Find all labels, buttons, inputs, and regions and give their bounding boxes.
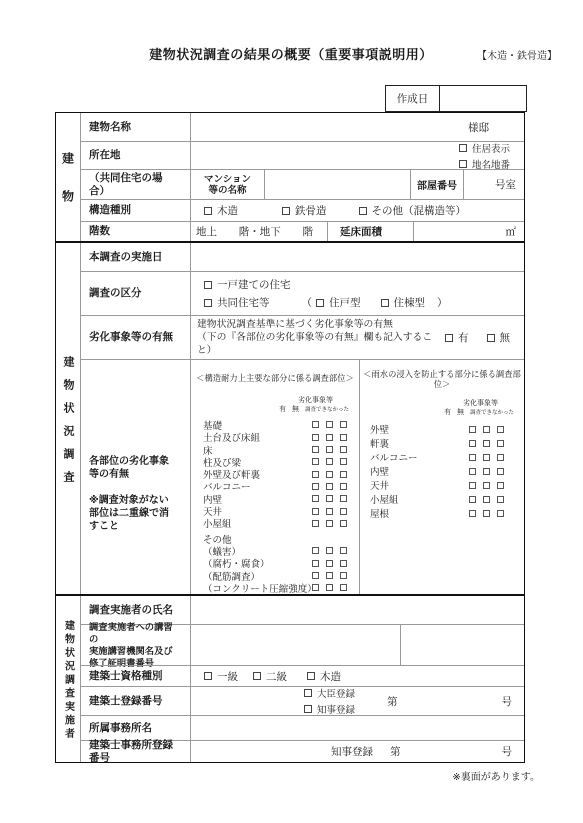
deterioration-checkbox[interactable]: [326, 434, 333, 441]
training-label: 調査実施者への講習の 実施講習機関名及び 修了証明書番号: [81, 625, 191, 665]
part-row: 内壁: [203, 493, 347, 505]
deterioration-checkbox[interactable]: [312, 434, 319, 441]
deterioration-checkbox[interactable]: [469, 496, 476, 503]
training-organization-input[interactable]: [191, 625, 401, 665]
row-parts-detail: 各部位の劣化事象等の有無 ※調査対象がない部位は二重線で消すこと ＜構造耐力上主…: [81, 359, 524, 594]
floor-area-unit: ㎡: [506, 224, 517, 239]
deterioration-checkbox[interactable]: [326, 446, 333, 453]
deterioration-checkbox[interactable]: [469, 454, 476, 461]
survey-category-options: 一戸建ての住宅 共同住宅等 （ 住戸型 住棟型 ）: [191, 272, 524, 315]
structure-other-label: その他（混構造等）: [372, 203, 467, 218]
deterioration-checkbox[interactable]: [497, 468, 504, 475]
deterioration-checkbox[interactable]: [497, 440, 504, 447]
part-row: 床: [203, 443, 347, 455]
floors-mid-label: 階・地下: [239, 224, 281, 239]
deterioration-checkbox[interactable]: [497, 426, 504, 433]
registration-governor-checkbox[interactable]: [304, 705, 312, 713]
part-row: （蟻害）: [203, 545, 347, 557]
office-registration-label: 建築士事務所登録番号: [81, 741, 191, 762]
deterioration-checkbox[interactable]: [497, 510, 504, 517]
row-survey-date: 本調査の実施日: [81, 243, 524, 271]
surveyor-name-input[interactable]: [191, 596, 524, 624]
deterioration-checkbox[interactable]: [312, 421, 319, 428]
deterioration-checkbox[interactable]: [483, 482, 490, 489]
row-training: 調査実施者への講習の 実施講習機関名及び 修了証明書番号: [81, 624, 524, 665]
part-row: 基礎: [203, 419, 347, 431]
deterioration-checkbox[interactable]: [312, 446, 319, 453]
deterioration-checkbox[interactable]: [312, 572, 319, 579]
floor-area-label: 延床面積: [328, 222, 414, 241]
deterioration-no-checkbox[interactable]: [487, 334, 495, 342]
office-name-label: 所属事務所名: [81, 716, 191, 740]
survey-date-input[interactable]: [191, 243, 524, 271]
deterioration-checkbox[interactable]: [312, 508, 319, 515]
part-row: 外壁: [370, 422, 504, 436]
deterioration-checkbox[interactable]: [483, 468, 490, 475]
paren-close: ）: [437, 295, 448, 310]
deterioration-checkbox[interactable]: [483, 510, 490, 517]
parts-section-label: 各部位の劣化事象等の有無 ※調査対象がない部位は二重線で消すこと: [81, 360, 191, 594]
deterioration-checkbox[interactable]: [326, 572, 333, 579]
part-row: 内壁: [370, 464, 504, 478]
row-deterioration: 劣化事象等の有無 建物状況調査基準に基づく劣化事象等の有無 （下の『各部位の劣化…: [81, 315, 524, 359]
address-display-label: 住居表示: [472, 141, 510, 155]
qualification-wood-label: 木造: [320, 669, 341, 684]
survey-date-label: 本調査の実施日: [81, 243, 191, 271]
apartment-name-label: マンション等の名称: [191, 170, 265, 199]
floor-area-input[interactable]: ㎡: [414, 222, 524, 241]
structural-deterioration-header: 劣化事象等 有 無 調査できなかった: [191, 392, 359, 417]
row-qualification: 建築士資格種別 一級 二級 木造: [81, 665, 524, 686]
room-number-suffix: 号室: [495, 177, 516, 192]
part-row: 土台及び床組: [203, 431, 347, 443]
structural-parts-header: ＜構造耐力上主要な部分に係る調査部位＞: [191, 360, 359, 392]
rainwater-parts-header: ＜雨水の浸入を防止する部分に係る調査部位＞: [360, 360, 524, 394]
deterioration-checkbox[interactable]: [326, 495, 333, 502]
deterioration-checkbox[interactable]: [497, 482, 504, 489]
row-surveyor-name: 調査実施者の氏名: [81, 596, 524, 624]
deterioration-checkbox[interactable]: [483, 426, 490, 433]
address-label: 所在地: [81, 142, 191, 169]
page-title: 建物状況調査の結果の概要（重要事項説明用）: [55, 44, 527, 63]
address-lot-checkbox[interactable]: [459, 160, 467, 168]
structure-steel-label: 鉄骨造: [295, 203, 327, 218]
deterioration-checkbox[interactable]: [340, 434, 347, 441]
deterioration-label: 劣化事象等の有無: [81, 316, 191, 359]
room-number-label: 部屋番号: [411, 170, 464, 199]
address-display-checkbox[interactable]: [459, 144, 467, 152]
deterioration-checkbox[interactable]: [312, 547, 319, 554]
part-row: 天井: [370, 478, 504, 492]
row-office-registration: 建築士事務所登録番号 知事登録 第 号: [81, 740, 524, 762]
part-row: 柱及び梁: [203, 456, 347, 468]
qualification-label: 建築士資格種別: [81, 666, 191, 686]
qualification-first-class-label: 一級: [217, 669, 238, 684]
qualification-second-class-checkbox[interactable]: [253, 672, 261, 680]
address-input[interactable]: 住居表示 地名地番: [191, 142, 524, 169]
deterioration-checkbox[interactable]: [312, 471, 319, 478]
creation-date-input[interactable]: [440, 86, 526, 111]
deterioration-checkbox[interactable]: [340, 560, 347, 567]
deterioration-checkbox[interactable]: [312, 483, 319, 490]
registration-governor-label: 知事登録: [317, 702, 355, 716]
structure-wood-label: 木造: [217, 203, 238, 218]
deterioration-checkbox[interactable]: [340, 495, 347, 502]
deterioration-checkbox[interactable]: [312, 560, 319, 567]
floors-unit-label: 階: [303, 224, 314, 239]
deterioration-checkbox[interactable]: [340, 584, 347, 591]
category-multi-checkbox[interactable]: [204, 299, 212, 307]
deterioration-yes-no: 有 無: [445, 330, 524, 345]
registration-input[interactable]: 大臣登録 知事登録 第 号: [191, 687, 524, 715]
row-apartment: （共同住宅の場合） マンション等の名称 部屋番号 号室: [81, 169, 524, 199]
deterioration-checkbox[interactable]: [326, 508, 333, 515]
office-name-input[interactable]: [191, 716, 524, 740]
rainwater-parts-column: ＜雨水の浸入を防止する部分に係る調査部位＞ 劣化事象等 有 無 調査できなかった: [359, 360, 524, 594]
deterioration-checkbox[interactable]: [312, 495, 319, 502]
building-name-label: 建物名称: [81, 113, 191, 141]
deterioration-checkbox[interactable]: [340, 520, 347, 527]
part-row: 天井: [203, 505, 347, 517]
rainwater-deterioration-header: 劣化事象等 有 無 調査できなかった: [360, 394, 524, 420]
deterioration-checkbox[interactable]: [340, 483, 347, 490]
creation-date-box: 作成日: [385, 85, 527, 112]
floors-input[interactable]: 地上 階・地下 階: [191, 222, 328, 241]
deterioration-checkbox[interactable]: [483, 454, 490, 461]
row-office-name: 所属事務所名: [81, 715, 524, 740]
structural-parts-column: ＜構造耐力上主要な部分に係る調査部位＞ 劣化事象等 有 無 調査できなかった: [191, 360, 359, 594]
category-unit-checkbox[interactable]: [316, 299, 324, 307]
registration-type-checks: 大臣登録 知事登録: [304, 686, 355, 716]
office-registration-suffix: 号: [502, 744, 525, 759]
office-registration-prefix: 第: [390, 744, 401, 759]
office-registration-input[interactable]: 知事登録 第 号: [191, 741, 524, 762]
deterioration-checkbox[interactable]: [340, 446, 347, 453]
deterioration-checkbox[interactable]: [326, 584, 333, 591]
registration-label: 建築士登録番号: [81, 687, 191, 715]
row-building-name: 建物名称 様邸: [81, 113, 524, 141]
deterioration-checkbox[interactable]: [469, 440, 476, 447]
deterioration-checkbox[interactable]: [326, 458, 333, 465]
registration-number-suffix: 号: [502, 694, 525, 709]
section-building: 建物 建物名称 様邸 所在地 住居表示 地名地番: [56, 113, 524, 241]
creation-date-label: 作成日: [386, 86, 440, 111]
back-side-note: ※裏面があります。: [452, 768, 540, 783]
row-structure-type: 構造種別 木造 鉄骨造 その他（混構造等）: [81, 199, 524, 221]
deterioration-checkbox[interactable]: [326, 560, 333, 567]
deterioration-checkbox[interactable]: [340, 421, 347, 428]
structure-other-checkbox[interactable]: [359, 207, 367, 215]
section-building-label: 建物: [56, 113, 81, 241]
part-row: バルコニー: [370, 450, 504, 464]
section-surveyor: 建物状況調査実施者 調査実施者の氏名 調査実施者への講習の 実施講習機関名及び …: [56, 594, 524, 762]
survey-category-label: 調査の区分: [81, 272, 191, 315]
part-row: （配筋調査）: [203, 569, 347, 581]
qualification-second-class-label: 二級: [266, 669, 287, 684]
address-type-checks: 住居表示 地名地番: [459, 141, 510, 171]
deterioration-yes-label: 有: [458, 330, 469, 345]
qualification-wood-checkbox[interactable]: [307, 672, 315, 680]
building-name-input[interactable]: 様邸: [191, 113, 524, 141]
surveyor-name-label: 調査実施者の氏名: [81, 596, 191, 624]
office-registration-type: 知事登録: [331, 744, 373, 759]
registration-minister-label: 大臣登録: [317, 686, 355, 700]
deterioration-checkbox[interactable]: [326, 483, 333, 490]
deterioration-checkbox[interactable]: [483, 496, 490, 503]
deterioration-checkbox[interactable]: [340, 508, 347, 515]
deterioration-checkbox[interactable]: [340, 458, 347, 465]
structure-type-options: 木造 鉄骨造 その他（混構造等）: [191, 200, 524, 221]
deterioration-checkbox[interactable]: [326, 520, 333, 527]
deterioration-checkbox[interactable]: [312, 584, 319, 591]
part-row: 軒裏: [370, 436, 504, 450]
category-whole-checkbox[interactable]: [381, 299, 389, 307]
structure-type-label: 構造種別: [81, 200, 191, 221]
floors-label: 階数: [81, 222, 191, 241]
paren-open: （: [302, 295, 313, 310]
category-whole-label: 住棟型: [394, 295, 426, 310]
deterioration-checkbox[interactable]: [497, 454, 504, 461]
apartment-name-input[interactable]: [265, 170, 411, 199]
deterioration-checkbox[interactable]: [340, 471, 347, 478]
deterioration-checkbox[interactable]: [326, 471, 333, 478]
deterioration-checkbox[interactable]: [469, 510, 476, 517]
apartment-case-label: （共同住宅の場合）: [81, 170, 191, 199]
part-row: （腐朽・腐食）: [203, 557, 347, 569]
category-detached-label: 一戸建ての住宅: [217, 277, 291, 292]
training-certificate-input[interactable]: [401, 625, 524, 665]
form-page: 建物状況調査の結果の概要（重要事項説明用） 【木造・鉄骨造】 作成日 建物 建物…: [0, 0, 583, 823]
part-row: バルコニー: [203, 480, 347, 492]
category-multi-label: 共同住宅等: [217, 295, 270, 310]
section-survey: 建物状況調査 本調査の実施日 調査の区分 一戸建ての住宅 共同住宅等 （: [56, 241, 524, 594]
part-row: 外壁及び軒裏: [203, 468, 347, 480]
floors-above-ground-label: 地上: [196, 224, 217, 239]
deterioration-checkbox[interactable]: [469, 468, 476, 475]
registration-number-prefix: 第: [387, 694, 398, 709]
deterioration-no-label: 無: [500, 330, 511, 345]
deterioration-description: 建物状況調査基準に基づく劣化事象等の有無 （下の『各部位の劣化事象等の有無』欄も…: [191, 318, 445, 357]
deterioration-checkbox[interactable]: [497, 496, 504, 503]
part-row: （コンクリート圧縮強度）: [203, 582, 347, 594]
main-table: 建物 建物名称 様邸 所在地 住居表示 地名地番: [55, 112, 525, 763]
deterioration-checkbox[interactable]: [469, 426, 476, 433]
deterioration-checkbox[interactable]: [326, 421, 333, 428]
deterioration-checkbox[interactable]: [483, 440, 490, 447]
deterioration-checkbox[interactable]: [312, 458, 319, 465]
deterioration-checkbox[interactable]: [326, 547, 333, 554]
room-number-input[interactable]: 号室: [464, 170, 524, 199]
section-survey-label: 建物状況調査: [56, 243, 81, 594]
row-registration: 建築士登録番号 大臣登録 知事登録 第 号: [81, 686, 524, 715]
part-row-other: その他: [203, 533, 347, 545]
row-address: 所在地 住居表示 地名地番: [81, 141, 524, 169]
deterioration-yes-checkbox[interactable]: [445, 334, 453, 342]
structure-steel-checkbox[interactable]: [282, 207, 290, 215]
category-unit-label: 住戸型: [329, 295, 361, 310]
deterioration-checkbox[interactable]: [312, 520, 319, 527]
row-floors: 階数 地上 階・地下 階 延床面積 ㎡: [81, 221, 524, 241]
row-survey-category: 調査の区分 一戸建ての住宅 共同住宅等 （ 住戸型 住棟型 ）: [81, 271, 524, 315]
structure-type-tag: 【木造・鉄骨造】: [477, 47, 557, 62]
registration-minister-checkbox[interactable]: [304, 689, 312, 697]
deterioration-checkbox[interactable]: [340, 547, 347, 554]
part-row: 屋根: [370, 506, 504, 520]
part-row: 小屋組: [203, 517, 347, 529]
section-surveyor-label: 建物状況調査実施者: [56, 596, 81, 762]
building-name-suffix: 様邸: [468, 120, 489, 135]
deterioration-checkbox[interactable]: [469, 482, 476, 489]
qualification-options: 一級 二級 木造: [191, 666, 524, 686]
deterioration-checkbox[interactable]: [340, 572, 347, 579]
structure-wood-checkbox[interactable]: [204, 207, 212, 215]
qualification-first-class-checkbox[interactable]: [204, 672, 212, 680]
category-detached-checkbox[interactable]: [204, 281, 212, 289]
part-row: 小屋組: [370, 492, 504, 506]
